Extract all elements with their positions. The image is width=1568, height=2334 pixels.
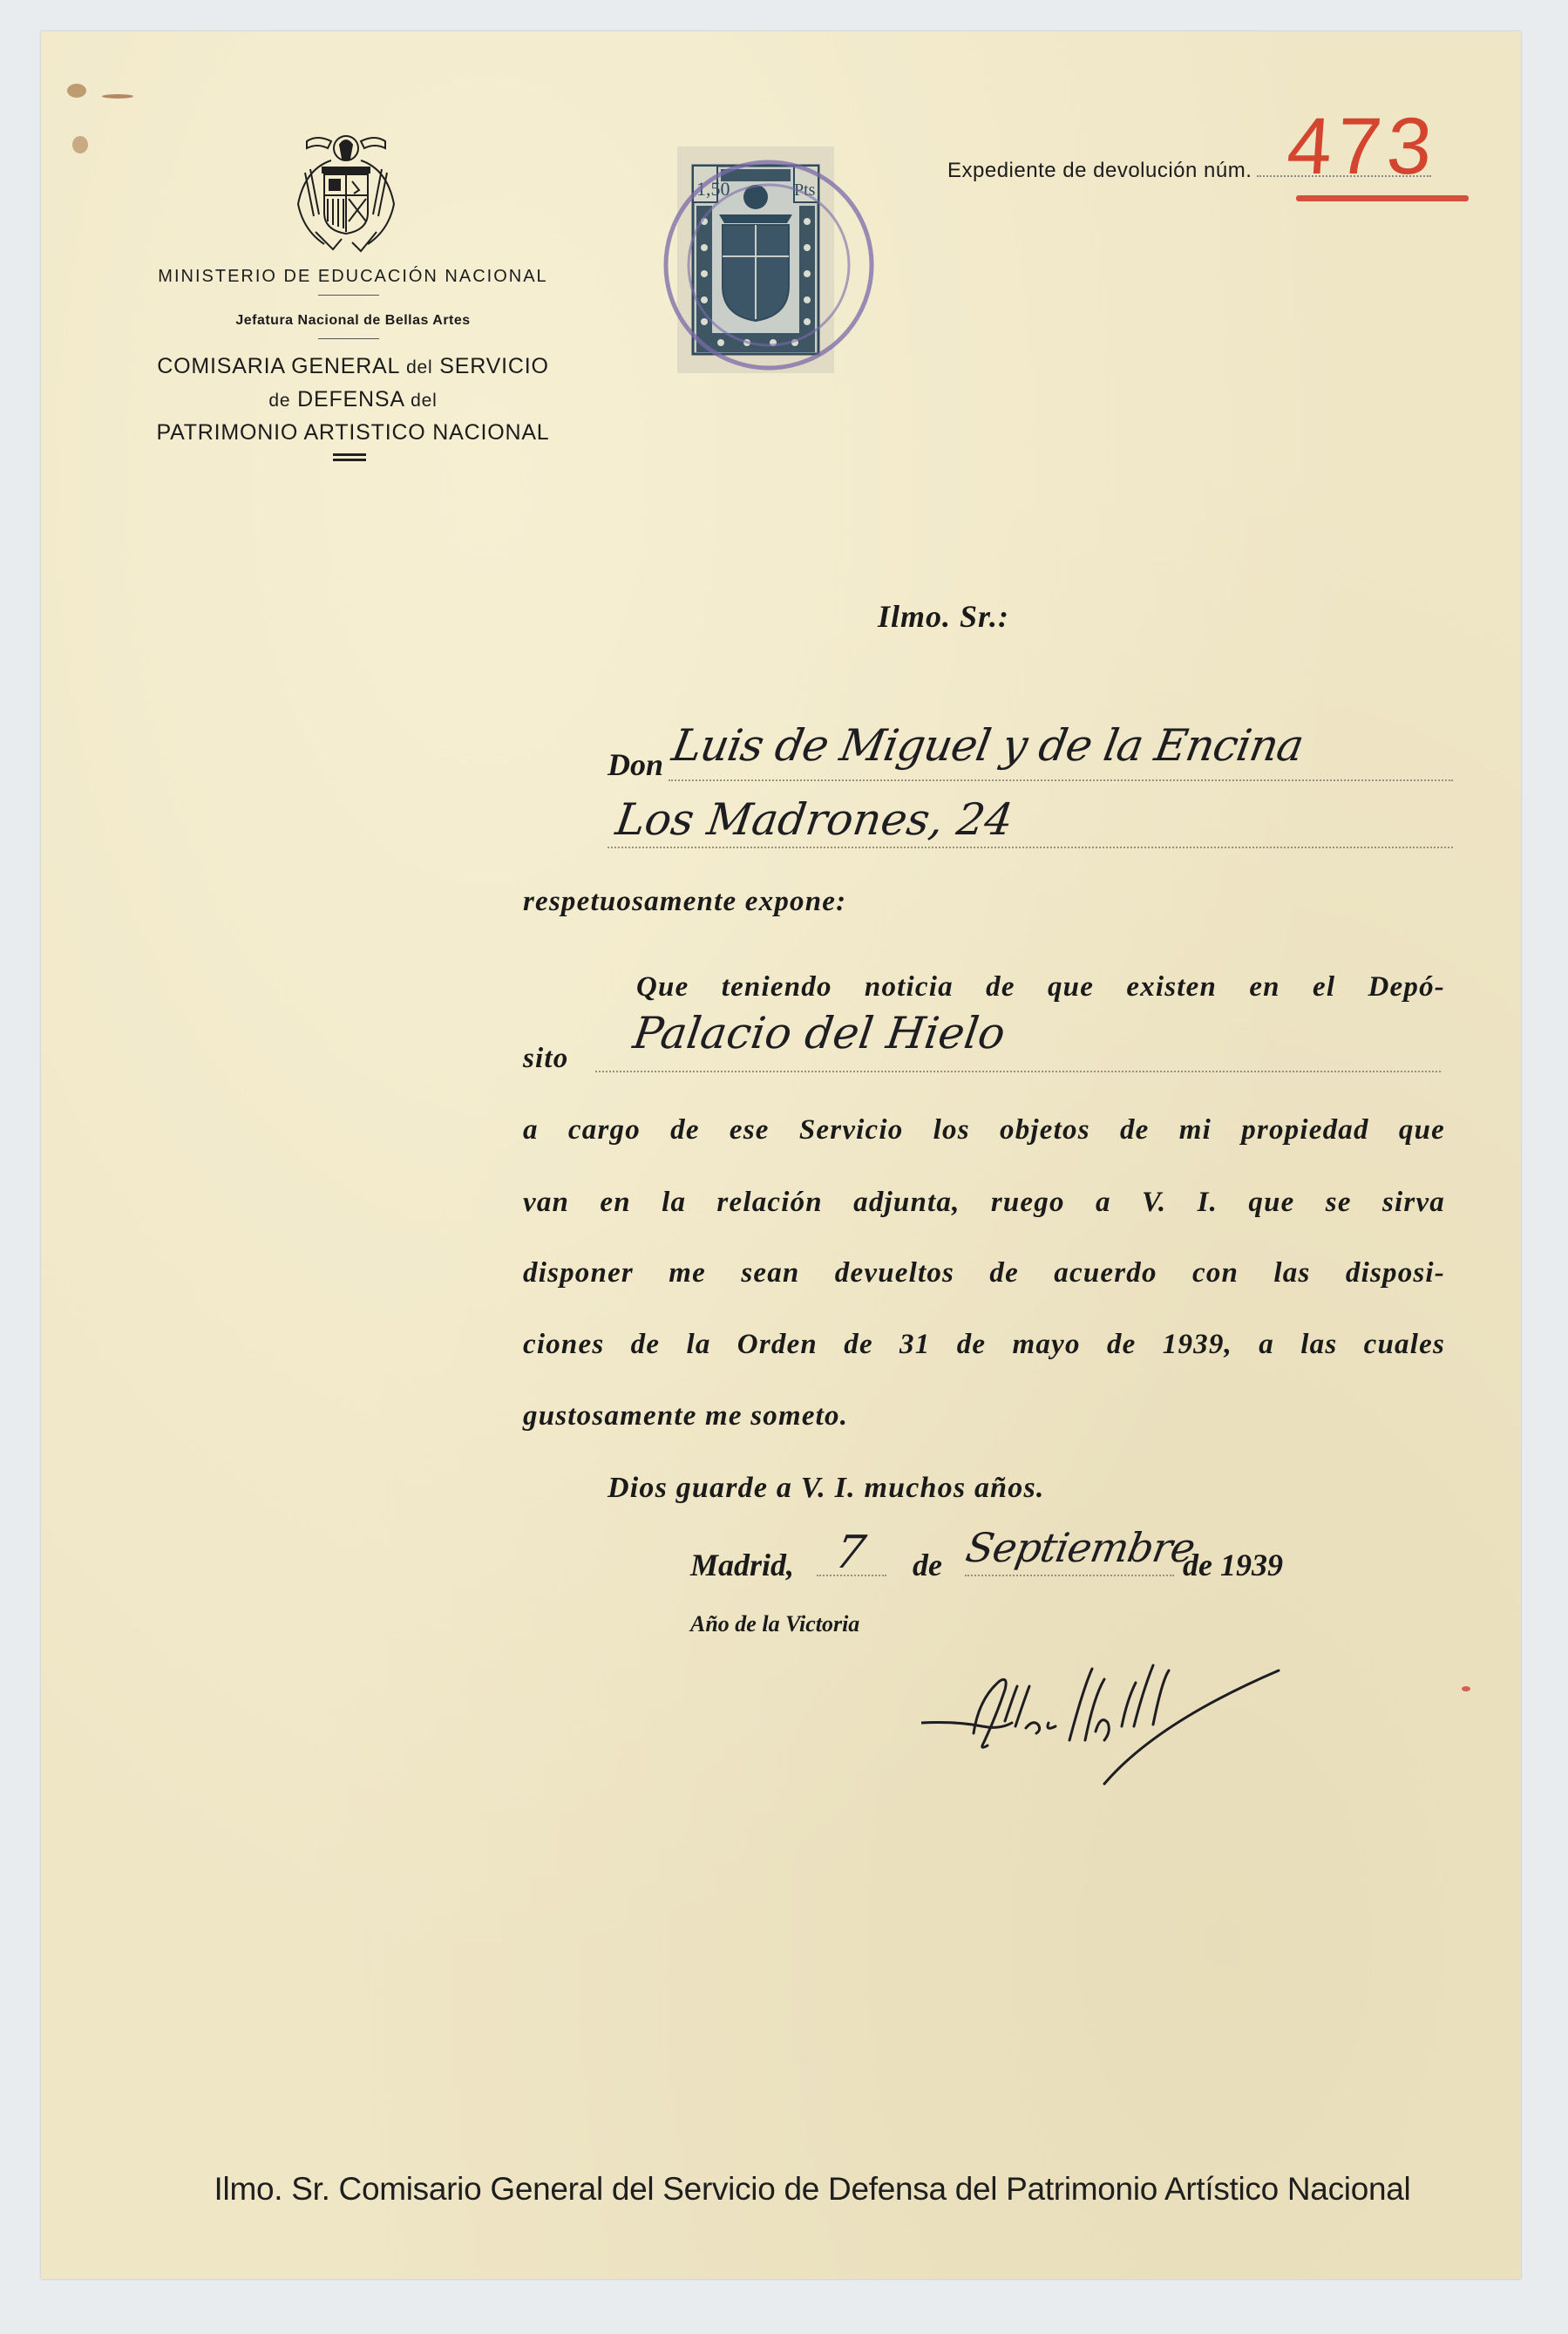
body-line-2-prefix: sito (523, 1043, 568, 1075)
handwritten-signature-icon (921, 1653, 1305, 1793)
body-line-3: a cargo de ese Servicio los objetos de m… (523, 1114, 1445, 1147)
divider (318, 295, 379, 296)
office-name-part: PATRIMONIO ARTISTICO NACIONAL (119, 417, 587, 448)
office-name-part: SERVICIO (439, 354, 548, 378)
file-number-value: 473 (1284, 101, 1440, 193)
revenue-stamp: 1,50 Pts (651, 134, 913, 396)
date-month-line (965, 1575, 1174, 1576)
file-number-label-text: Expediente de devolución núm. (947, 159, 1252, 182)
document-page: MINISTERIO DE EDUCACIÓN NACIONAL Jefatur… (41, 31, 1521, 2279)
ministry-name: MINISTERIO DE EDUCACIÓN NACIONAL (146, 267, 560, 287)
applicant-address-field[interactable]: Los Madrones, 24 (613, 794, 1016, 845)
file-number-underline (1296, 195, 1469, 201)
date-month-field[interactable]: Septiembre (962, 1524, 1198, 1571)
deposit-name-field[interactable]: Palacio del Hielo (630, 1008, 1008, 1058)
applicant-name-line (669, 779, 1453, 781)
date-era: Año de la Victoria (690, 1611, 859, 1637)
salutation: Ilmo. Sr.: (878, 598, 1009, 635)
office-name: COMISARIA GENERAL del SERVICIO de DEFENS… (119, 350, 587, 448)
office-name-part: del (411, 391, 437, 411)
body-line-6: ciones de la Orden de 31 de mayo de 1939… (523, 1329, 1445, 1361)
double-rule (333, 453, 366, 464)
body-line-5: disponer me sean devueltos de acuerdo co… (523, 1257, 1445, 1289)
date-city: Madrid, (690, 1547, 794, 1583)
paper-stain (67, 84, 86, 98)
body-intro: respetuosamente expone: (523, 886, 846, 918)
date-connector: de (913, 1547, 942, 1583)
applicant-address-line (608, 847, 1453, 848)
deposit-name-line (595, 1071, 1441, 1072)
spanish-coat-of-arms-icon (289, 129, 403, 260)
date-year: de 1939 (1183, 1547, 1283, 1583)
body-line-7: gustosamente me someto. (523, 1400, 848, 1432)
body-line-1: Que teniendo noticia de que existen en e… (636, 971, 1445, 1004)
body-line-4: van en la relación adjunta, ruego a V. I… (523, 1187, 1445, 1219)
office-name-part: DEFENSA (297, 387, 404, 412)
office-name-part: COMISARIA GENERAL (157, 354, 399, 378)
applicant-name-field[interactable]: Luis de Miguel y de la Encina (669, 720, 1307, 771)
paper-stain (1462, 1686, 1470, 1691)
don-label: Don (608, 746, 663, 783)
addressee-footer: Ilmo. Sr. Comisario General del Servicio… (141, 2171, 1483, 2208)
closing-formula: Dios guarde a V. I. muchos años. (608, 1472, 1045, 1505)
divider (318, 338, 379, 339)
office-name-part: del (406, 357, 432, 378)
office-name-part: de (268, 391, 290, 411)
paper-stain (102, 94, 133, 99)
department-name: Jefatura Nacional de Bellas Artes (146, 313, 560, 329)
paper-stain (72, 136, 88, 153)
date-day-field[interactable]: 7 (832, 1527, 870, 1579)
